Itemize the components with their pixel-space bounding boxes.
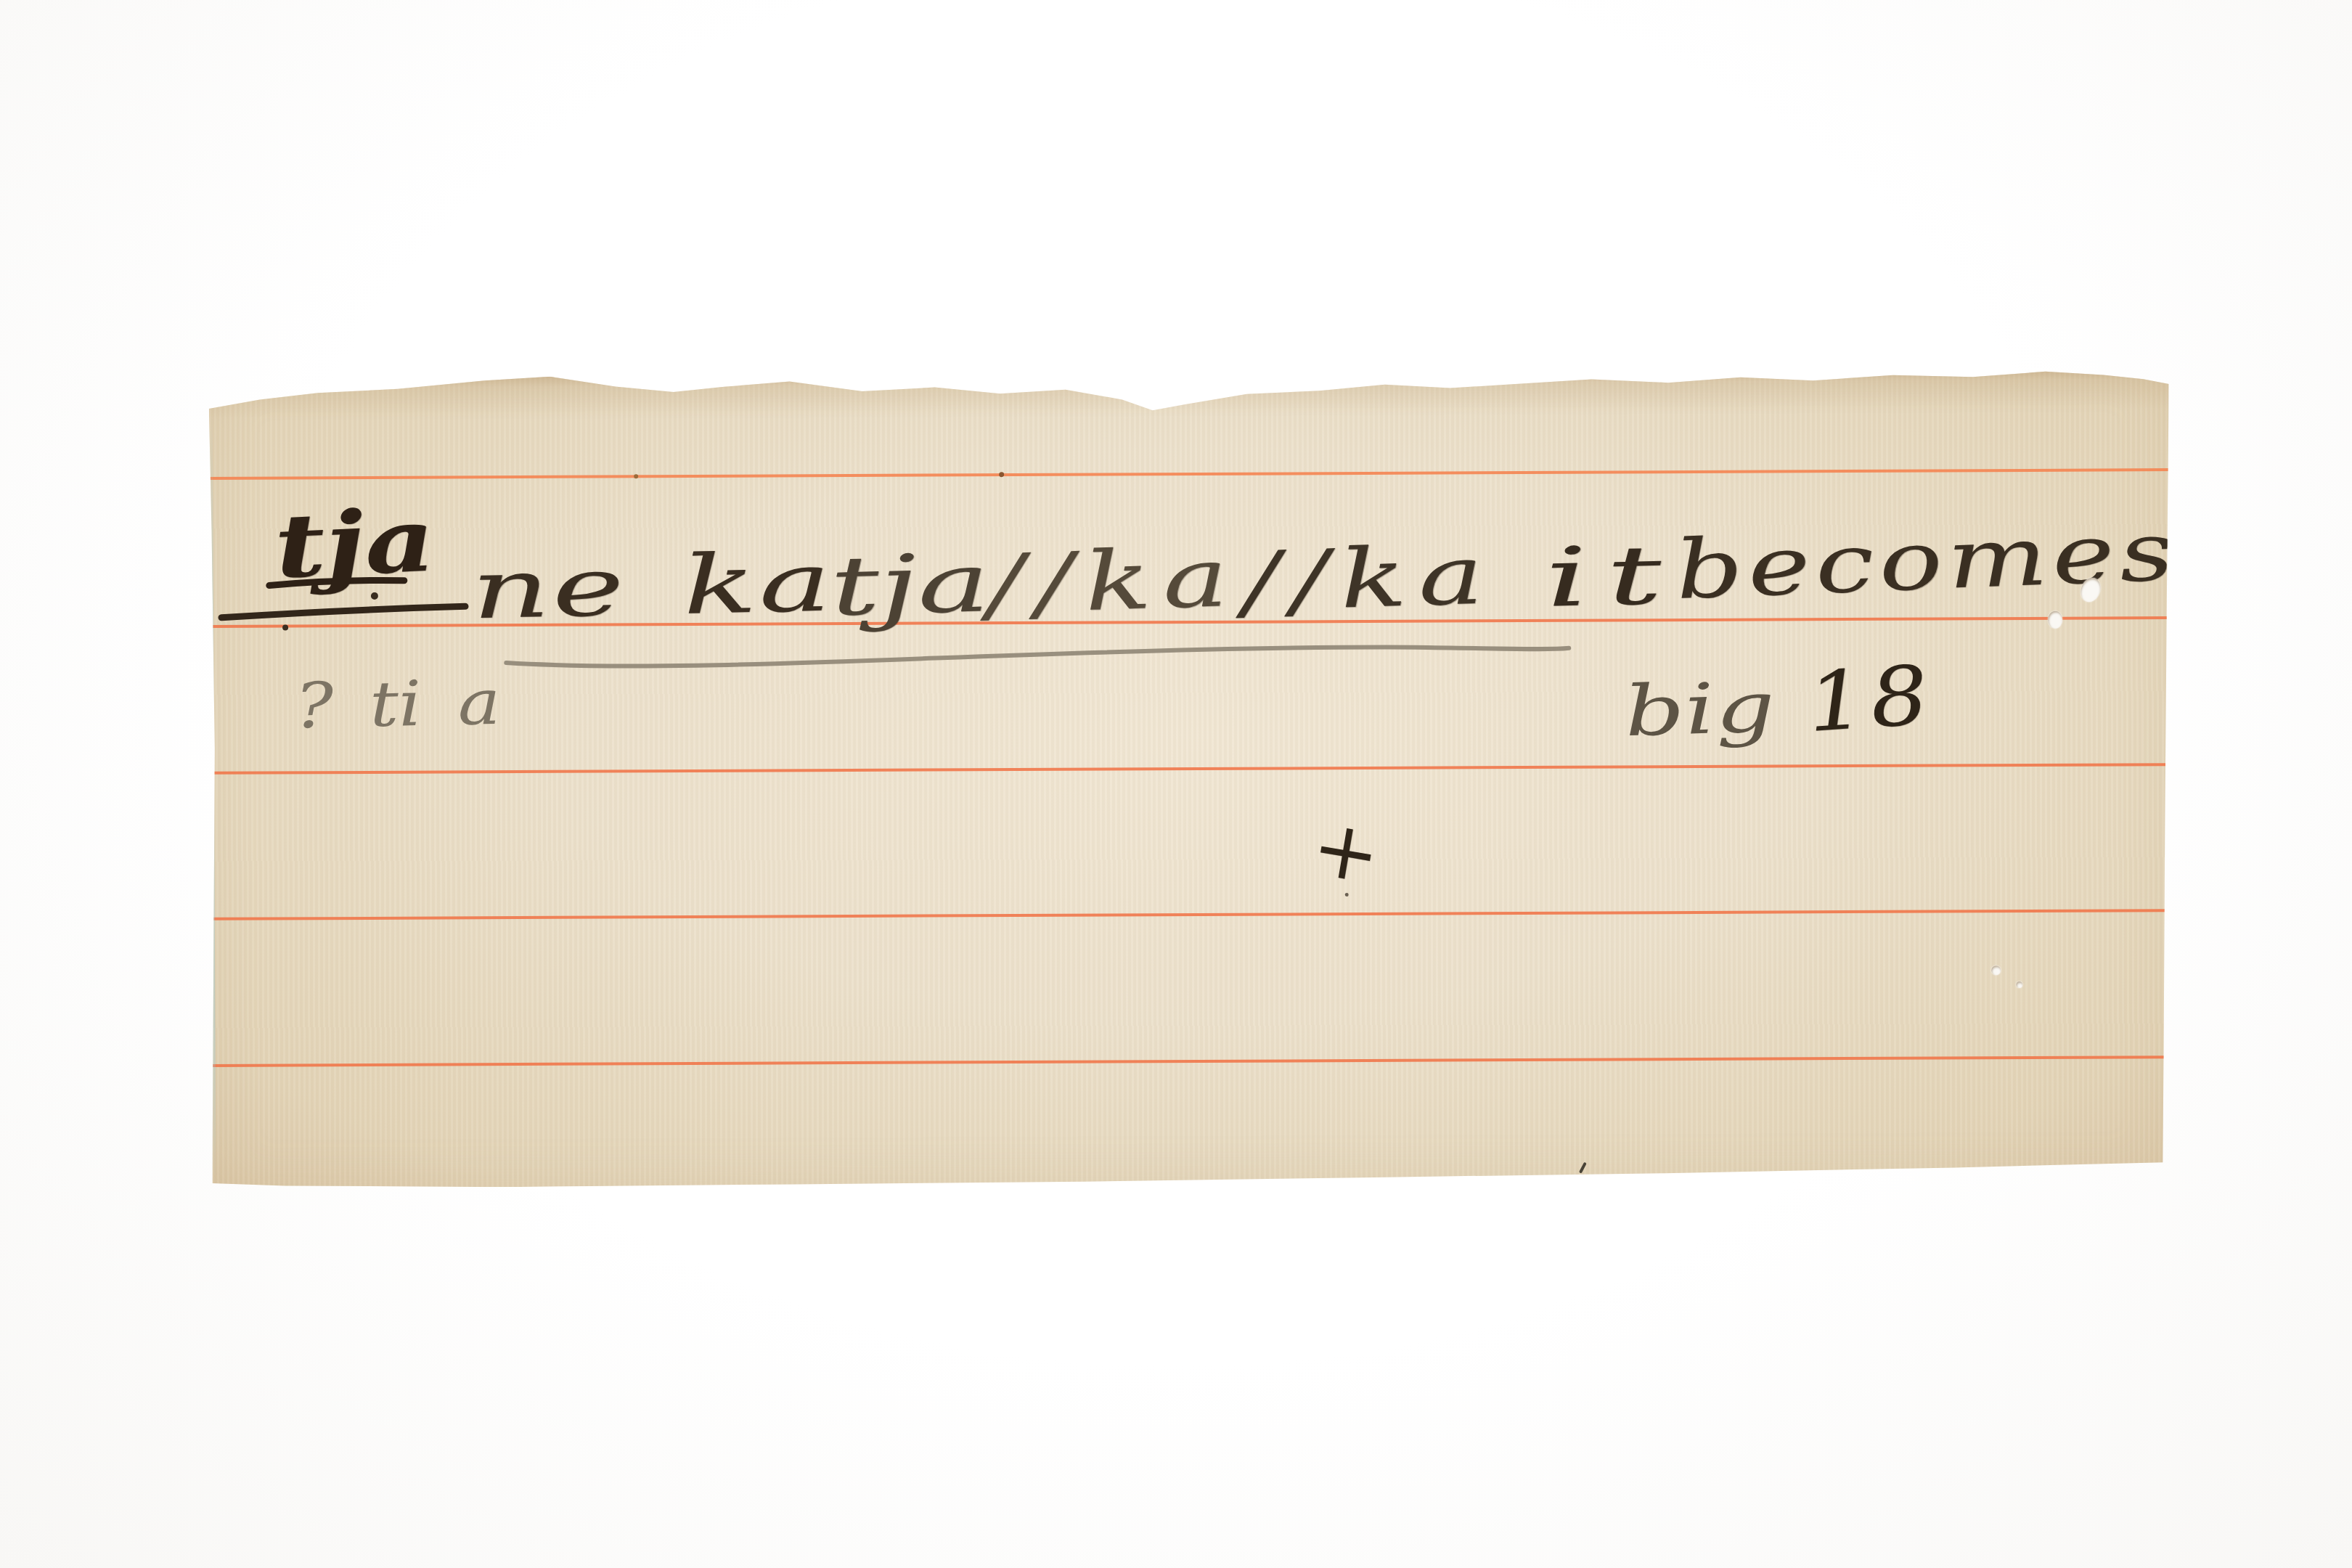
pencil-underline-stroke (506, 646, 1569, 666)
handwriting-word-tja: tja (828, 542, 992, 628)
ruled-line (209, 468, 2169, 480)
paper-speck (999, 472, 1004, 477)
handwriting-word-big: big (1622, 672, 1776, 746)
ruled-line (212, 1055, 2172, 1067)
paper-hole (1991, 965, 2001, 975)
handwriting-word-it: it (1543, 534, 1682, 619)
tja-strike-stroke (221, 606, 465, 617)
paper-hole (2048, 611, 2062, 629)
ruled-line (211, 763, 2171, 775)
paper-card: tja ne ka tja //ka //ka it becomes ? ti … (209, 362, 2173, 1190)
handwriting-word-ne-ka: ne ka (470, 542, 836, 631)
handwriting-number-18: 18 (1804, 655, 1936, 744)
photo-background: tja ne ka tja //ka //ka it becomes ? ti … (0, 0, 2352, 1568)
handwriting-word-becomes: becomes (1673, 511, 2181, 611)
paper-hole (2016, 981, 2022, 988)
handwriting-word-slash-ka-1: //ka (985, 537, 1242, 626)
ruled-line (211, 909, 2171, 920)
ink-speck (1345, 893, 1349, 897)
handwriting-heading-word: tja (271, 497, 438, 591)
handwriting-cross-mark: + (1307, 806, 1386, 896)
handwriting-pencil-note: ? ti a (294, 671, 501, 738)
handwriting-word-slash-ka-2: //ka (1241, 534, 1498, 623)
ink-speck (282, 624, 288, 630)
paper-speck (634, 474, 638, 478)
handwriting-leading-dot (371, 592, 378, 600)
paper-fibre (1579, 1162, 1587, 1174)
